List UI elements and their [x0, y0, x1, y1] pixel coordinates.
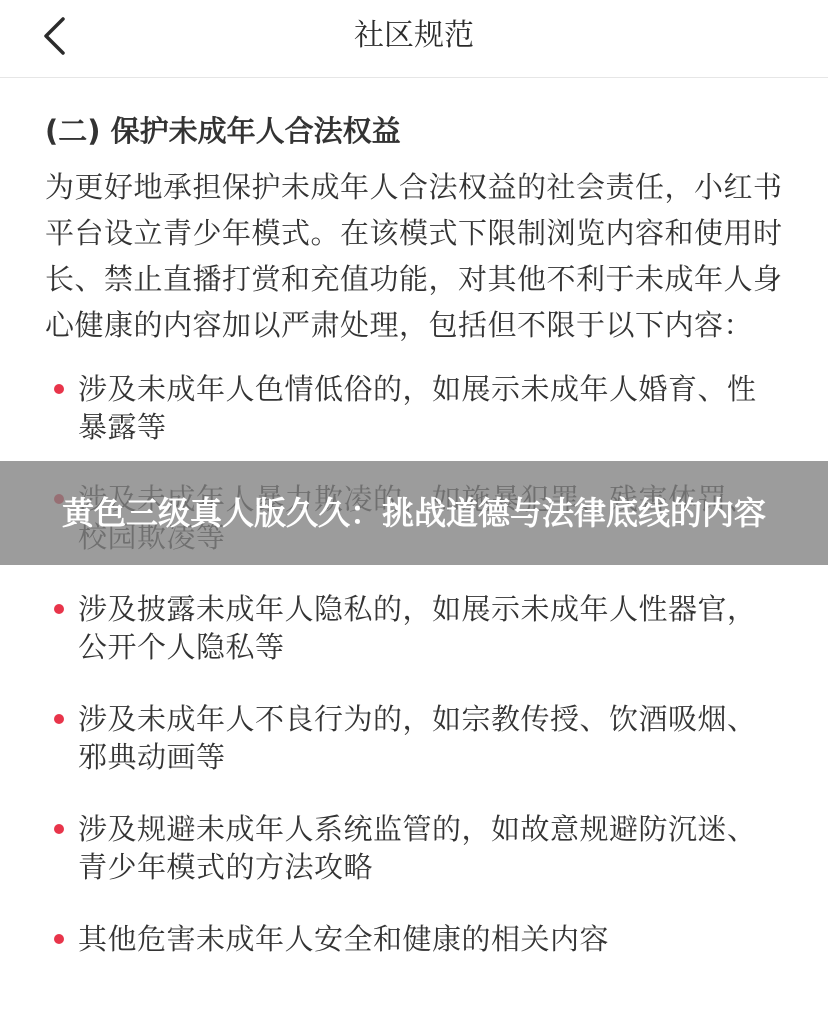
list-item-text: 涉及规避未成年人系统监管的，如故意规避防沉迷、青少年模式的方法攻略 [78, 812, 757, 884]
list-item-text: 其他危害未成年人安全和健康的相关内容 [78, 922, 609, 956]
overlay-caption: 黄色三级真人版久久：挑战道德与法律底线的内容 [62, 494, 766, 532]
list-item-text: 涉及未成年人不良行为的，如宗教传授、饮酒吸烟、邪典动画等 [78, 702, 757, 774]
caption-overlay-banner: 黄色三级真人版久久：挑战道德与法律底线的内容 [0, 461, 828, 565]
section-title: (二) 保护未成年人合法权益 [45, 108, 785, 154]
list-item: 涉及披露未成年人隐私的，如展示未成年人性器官，公开个人隐私等 [45, 590, 785, 666]
bullet-dot-icon [54, 824, 64, 834]
list-item: 涉及未成年人不良行为的，如宗教传授、饮酒吸烟、邪典动画等 [45, 700, 785, 776]
list-item: 涉及未成年人色情低俗的，如展示未成年人婚育、性暴露等 [45, 370, 785, 446]
page-title: 社区规范 [0, 14, 828, 58]
list-item-text: 涉及披露未成年人隐私的，如展示未成年人性器官，公开个人隐私等 [78, 592, 757, 664]
list-item: 其他危害未成年人安全和健康的相关内容 [45, 920, 785, 958]
nav-header: 社区规范 [0, 0, 828, 78]
intro-paragraph: 为更好地承担保护未成年人合法权益的社会责任，小红书平台设立青少年模式。在该模式下… [45, 164, 785, 348]
bullet-dot-icon [54, 384, 64, 394]
bullet-dot-icon [54, 934, 64, 944]
bullet-dot-icon [54, 604, 64, 614]
rules-list: 涉及未成年人色情低俗的，如展示未成年人婚育、性暴露等 涉及未成年人暴力欺凌的，如… [45, 370, 785, 958]
list-item-text: 涉及未成年人色情低俗的，如展示未成年人婚育、性暴露等 [78, 372, 757, 444]
list-item: 涉及规避未成年人系统监管的，如故意规避防沉迷、青少年模式的方法攻略 [45, 810, 785, 886]
bullet-dot-icon [54, 714, 64, 724]
